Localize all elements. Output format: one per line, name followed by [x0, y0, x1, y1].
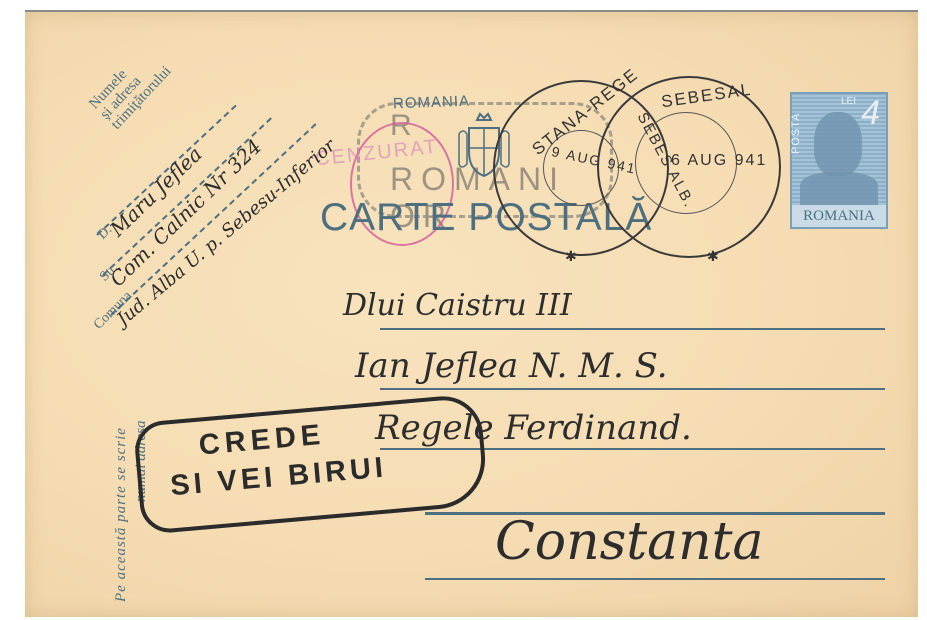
address-line-1	[380, 328, 885, 330]
stamp-posta-label: POSTA	[790, 113, 802, 154]
postmark-2-date: 6 AUG 941	[671, 152, 767, 170]
sender-labels: Numele şi adresa trimiţătorului	[87, 43, 174, 132]
stamp-country: ROMANIA	[792, 205, 886, 227]
postmark-2-star-icon: ✱	[707, 248, 721, 265]
address-side-note: Pe această parte se scrie	[113, 427, 130, 602]
portrait-shoulders	[800, 172, 878, 206]
king-portrait-icon	[814, 112, 862, 176]
recipient-line-1: Dlui Caistru III	[343, 288, 572, 323]
address-line-4	[425, 578, 885, 580]
stamp-currency: LEI	[841, 96, 856, 107]
recipient-line-2: Ian Jeflea N. M. S.	[355, 346, 668, 386]
recipient-city: Constanta	[495, 512, 764, 572]
postcard: R ROMANI OR CENZURAT ROMANIA CARTE POSTA…	[25, 10, 918, 617]
stamp-value: 4	[861, 94, 880, 133]
crede-stamp-line1: CREDE	[198, 419, 327, 463]
country-header: ROMANIA	[393, 93, 471, 113]
address-line-2	[380, 388, 885, 390]
postmark-1-star-icon: ✱	[565, 248, 579, 265]
postage-stamp: POSTA LEI 4 ROMANIA	[790, 92, 888, 229]
